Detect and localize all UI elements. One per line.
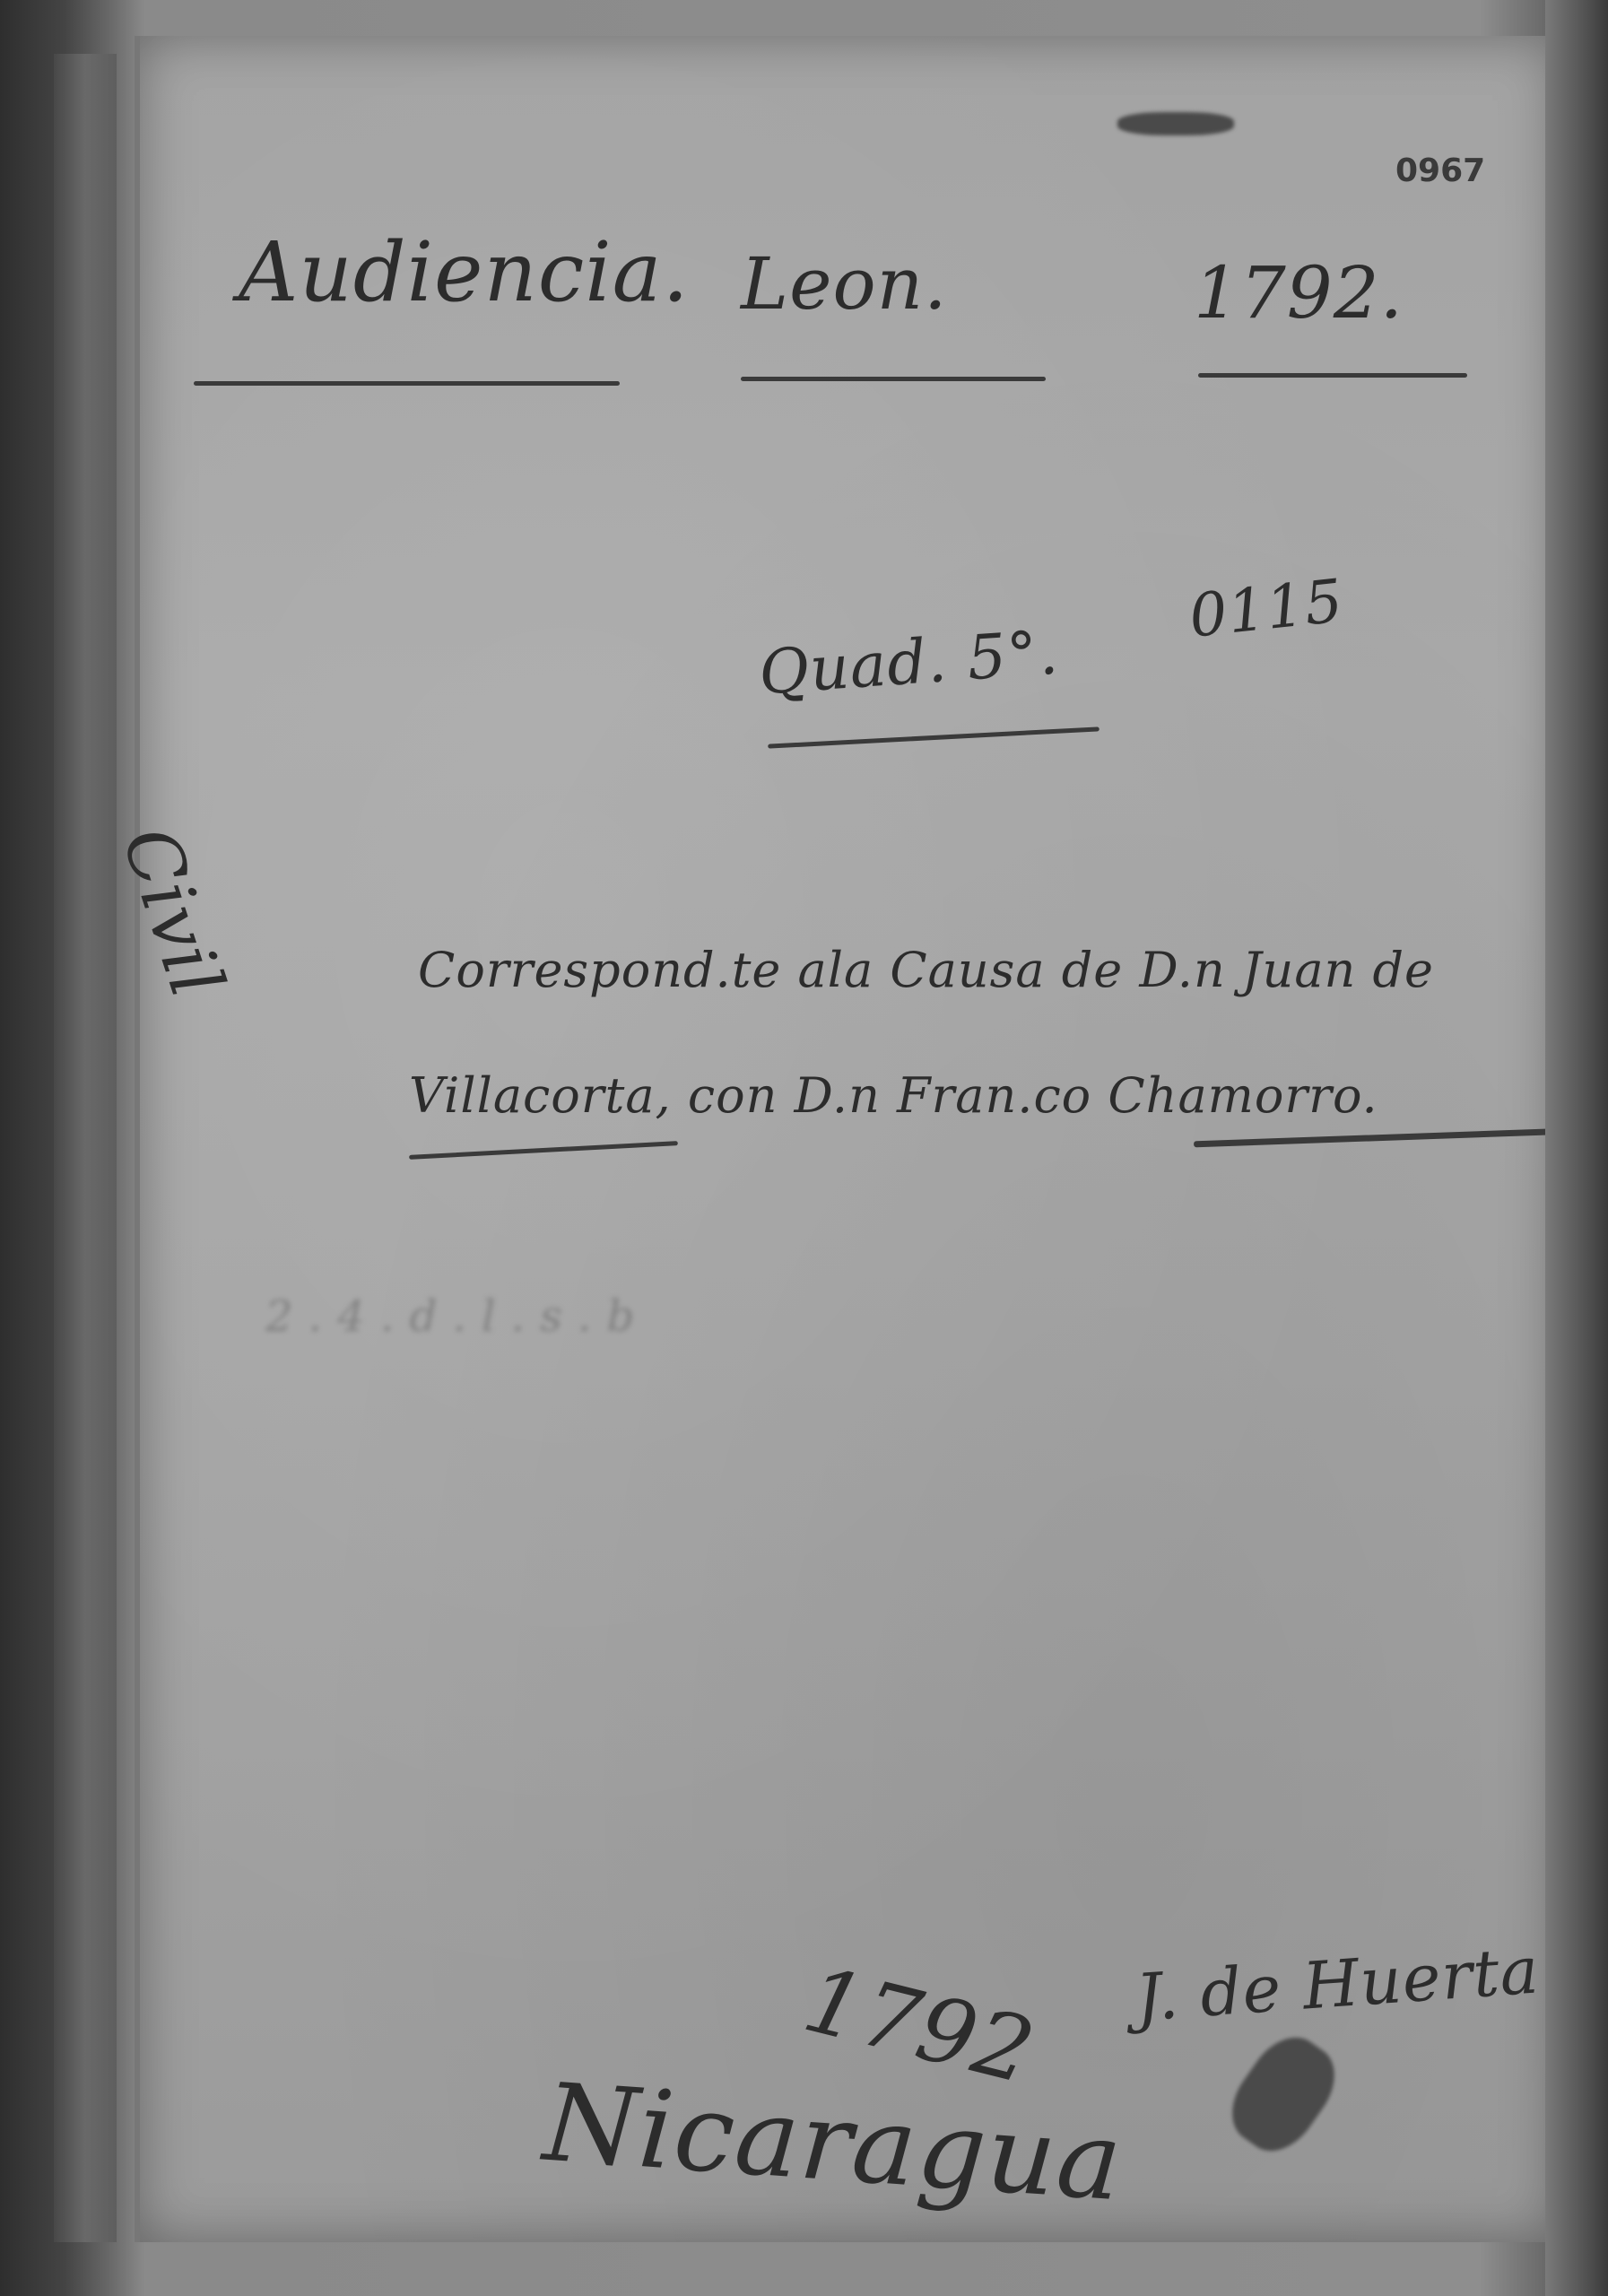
legajo-underline bbox=[768, 726, 1100, 748]
chamorro-underline bbox=[1194, 1128, 1570, 1148]
signature-flourish bbox=[1217, 2023, 1350, 2165]
header-leon: Leon. bbox=[741, 242, 948, 326]
bottom-place: Nicaragua bbox=[540, 2061, 1126, 2226]
header-underline-3 bbox=[1198, 373, 1467, 378]
document-page: 0967 Audiencia. Leon. 1792. Quad. 5°. 01… bbox=[135, 36, 1557, 2242]
villacorta-underline bbox=[409, 1141, 678, 1160]
legajo-number: 0115 bbox=[1186, 566, 1346, 651]
crossed-out-mark bbox=[1117, 112, 1234, 135]
scan-right-edge bbox=[1545, 0, 1608, 2296]
archive-stamp-number: 0967 bbox=[1395, 152, 1485, 189]
signature: J. de Huerta bbox=[1134, 1932, 1542, 2035]
header-underline-1 bbox=[194, 381, 620, 386]
description-line-2: Villacorta, con D.n Fran.co Chamorro. bbox=[409, 1067, 1378, 1124]
legajo-label: Quad. 5°. bbox=[757, 617, 1061, 709]
header-year: 1792. bbox=[1194, 251, 1404, 335]
faint-note: 2 . 4 . d . l . s . b bbox=[265, 1291, 635, 1342]
binding-edge bbox=[54, 54, 117, 2242]
header-audiencia: Audiencia. bbox=[239, 224, 690, 320]
header-underline-2 bbox=[741, 377, 1046, 381]
description-line-1: Correspond.te ala Causa de D.n Juan de bbox=[418, 942, 1434, 998]
